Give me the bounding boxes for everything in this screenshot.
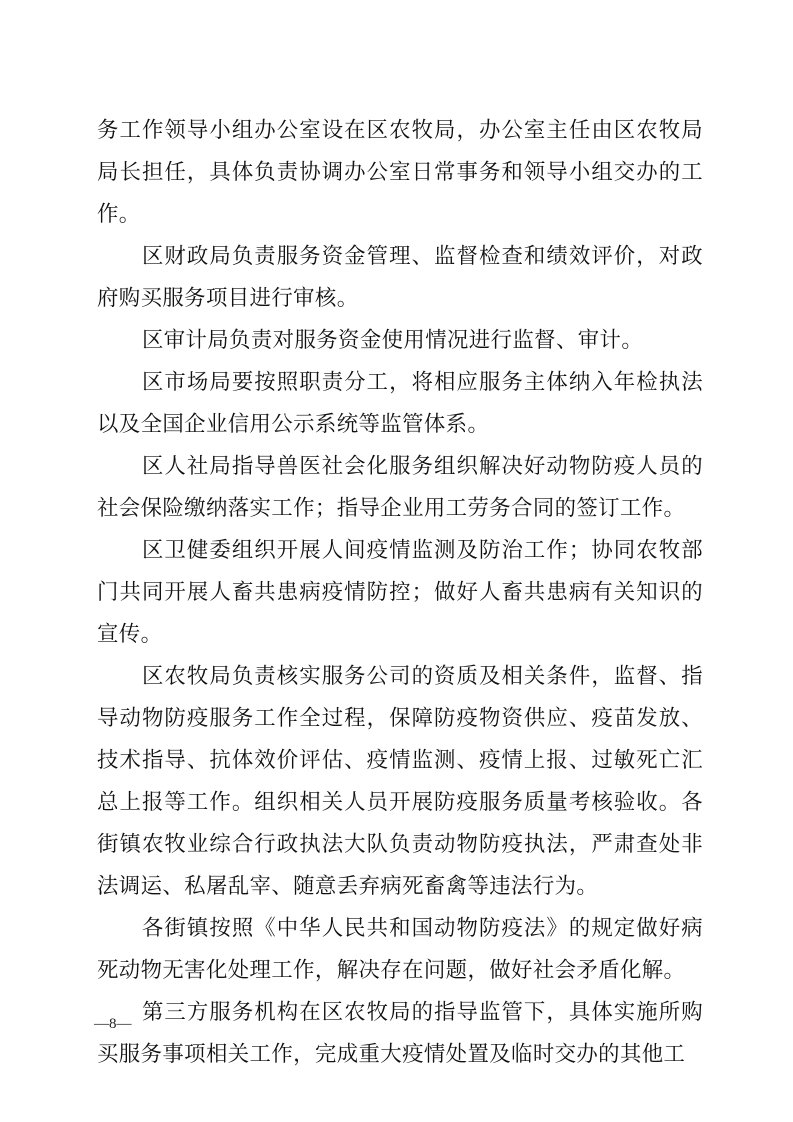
paragraph-agriculture-bureau: 区农牧局负责核实服务公司的资质及相关条件，监督、指导动物防疫服务工作全过程，保障… xyxy=(97,656,703,908)
paragraph-audit-bureau: 区审计局负责对服务资金使用情况进行监督、审计。 xyxy=(97,320,703,362)
paragraph-finance-bureau: 区财政局负责服务资金管理、监督检查和绩效评价，对政府购买服务项目进行审核。 xyxy=(97,236,703,320)
paragraph-1: 务工作领导小组办公室设在区农牧局，办公室主任由区农牧局局长担任，具体负责协调办公… xyxy=(97,110,703,236)
page-number: —8— xyxy=(94,1016,132,1033)
paragraph-health-commission: 区卫健委组织开展人间疫情监测及防治工作；协同农牧部门共同开展人畜共患病疫情防控；… xyxy=(97,530,703,656)
document-body: 务工作领导小组办公室设在区农牧局，办公室主任由区农牧局局长担任，具体负责协调办公… xyxy=(97,110,703,1076)
paragraph-third-party: 第三方服务机构在区农牧局的指导监管下，具体实施所购买服务事项相关工作，完成重大疫… xyxy=(97,992,703,1076)
paragraph-hr-social-bureau: 区人社局指导兽医社会化服务组织解决好动物防疫人员的社会保险缴纳落实工作；指导企业… xyxy=(97,446,703,530)
paragraph-street-towns: 各街镇按照《中华人民共和国动物防疫法》的规定做好病死动物无害化处理工作，解决存在… xyxy=(97,908,703,992)
paragraph-market-bureau: 区市场局要按照职责分工，将相应服务主体纳入年检执法以及全国企业信用公示系统等监管… xyxy=(97,362,703,446)
